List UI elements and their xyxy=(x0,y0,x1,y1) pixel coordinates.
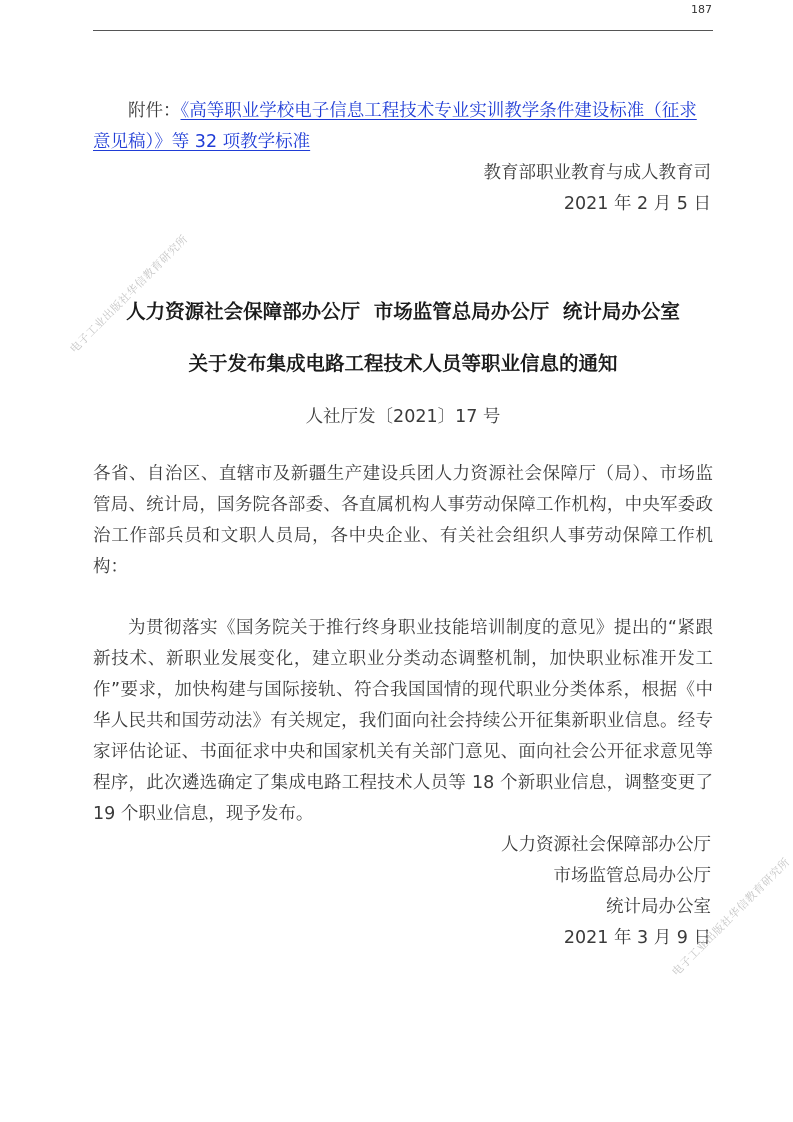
page-number: 187 xyxy=(640,3,712,16)
signature-samr: 市场监管总局办公厅 xyxy=(93,861,713,892)
previous-issuer: 教育部职业教育与成人教育司 xyxy=(93,158,713,189)
notice-title-line-2: 关于发布集成电路工程技术人员等职业信息的通知 xyxy=(93,338,713,390)
body-paragraph: 为贯彻落实《国务院关于推行终身职业技能培训制度的意见》提出的“紧跟新技术、新职业… xyxy=(93,613,713,830)
attachment-label: 附件： xyxy=(128,101,181,121)
document-body: 附件：《高等职业学校电子信息工程技术专业实训教学条件建设标准（征求意见稿）》等 … xyxy=(93,96,713,954)
addressee-paragraph: 各省、自治区、直辖市及新疆生产建设兵团人力资源社会保障厅（局）、市场监管局、统计… xyxy=(93,459,713,583)
signature-block: 人力资源社会保障部办公厅 市场监管总局办公厅 统计局办公室 2021 年 3 月… xyxy=(93,830,713,954)
notice-title-line-1: 人力资源社会保障部办公厅 市场监管总局办公厅 统计局办公室 xyxy=(93,286,713,338)
signature-date: 2021 年 3 月 9 日 xyxy=(93,923,713,954)
header-rule xyxy=(93,30,713,31)
signature-stats: 统计局办公室 xyxy=(93,892,713,923)
notice-title: 人力资源社会保障部办公厅 市场监管总局办公厅 统计局办公室 关于发布集成电路工程… xyxy=(93,286,713,390)
document-number: 人社厅发〔2021〕17 号 xyxy=(93,402,713,433)
attachment-line: 附件：《高等职业学校电子信息工程技术专业实训教学条件建设标准（征求意见稿）》等 … xyxy=(93,96,713,158)
previous-date: 2021 年 2 月 5 日 xyxy=(93,189,713,220)
signature-hrss: 人力资源社会保障部办公厅 xyxy=(93,830,713,861)
attachment-link[interactable]: 《高等职业学校电子信息工程技术专业实训教学条件建设标准（征求意见稿）》等 32 … xyxy=(93,101,697,152)
